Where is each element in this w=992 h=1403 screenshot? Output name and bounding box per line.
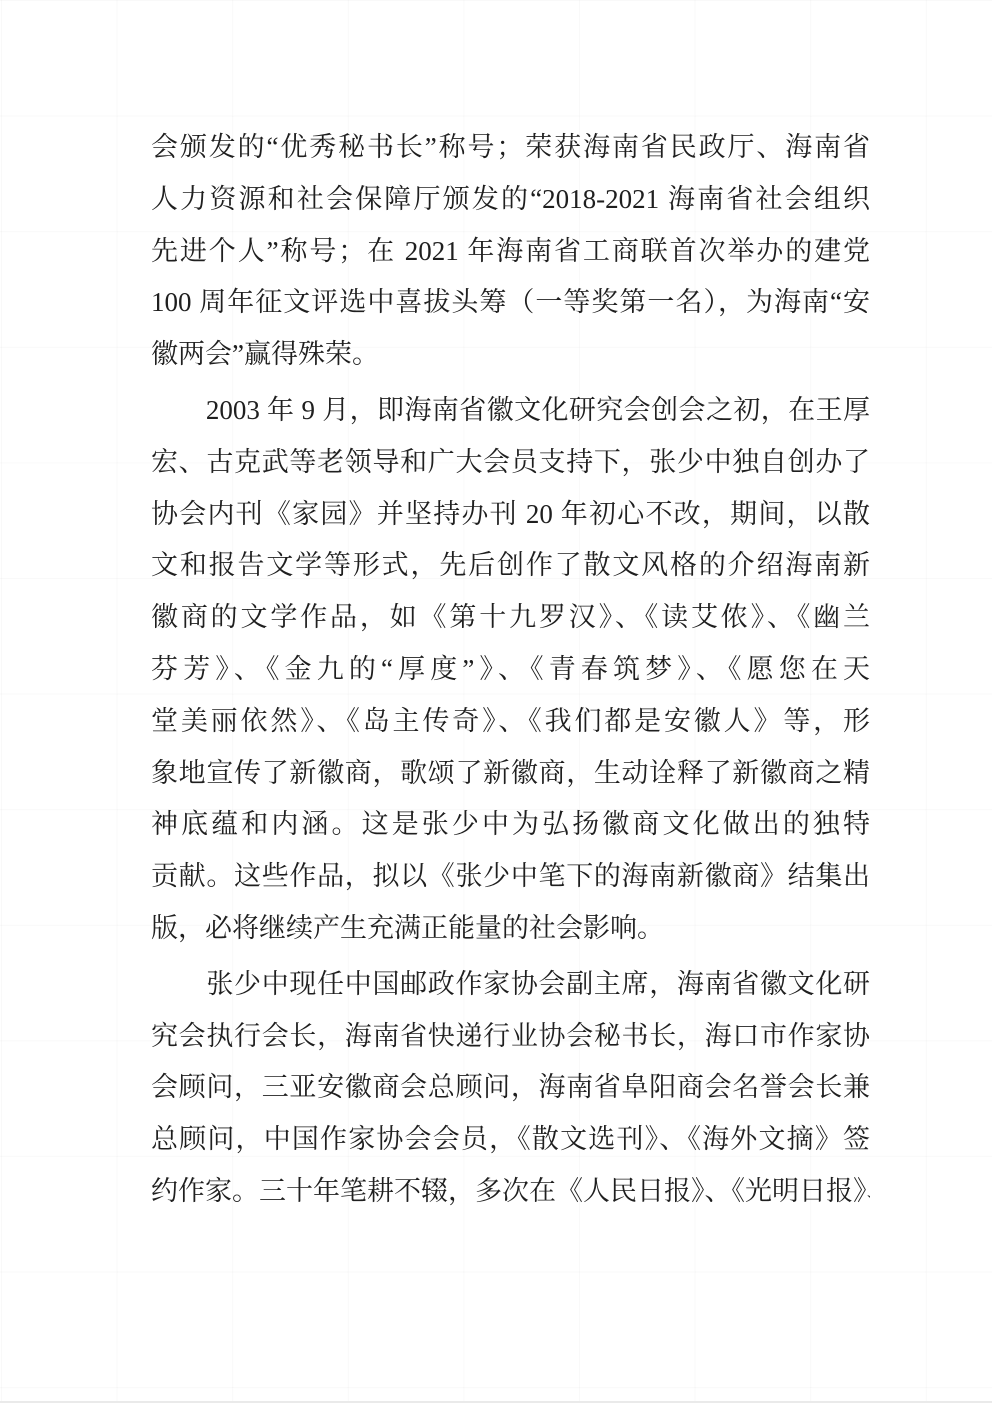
text-line: 人力资源和社会保障厅颁发的“2018-2021 海南省社会组织 xyxy=(151,174,870,226)
text-line: 文和报告文学等形式，先后创作了散文风格的介绍海南新 xyxy=(151,540,870,592)
text-line: 宏、古克武等老领导和广大会员支持下，张少中独自创办了 xyxy=(151,437,870,489)
text-line: 张少中现任中国邮政作家协会副主席，海南省徽文化研 xyxy=(151,959,870,1011)
text-line: 约作家。三十年笔耕不辍，多次在《人民日报》、《光明日报》、 xyxy=(151,1166,870,1218)
document-body-text: 会颁发的“优秀秘书长”称号；荣获海南省民政厅、海南省 人力资源和社会保障厅颁发的… xyxy=(151,122,870,1218)
text-line: 徽商的文学作品，如《第十九罗汉》、《读艾侬》、《幽兰 xyxy=(151,592,870,644)
text-line: 总顾问，中国作家协会会员，《散文选刊》、《海外文摘》签 xyxy=(151,1114,870,1166)
text-line: 会颁发的“优秀秘书长”称号；荣获海南省民政厅、海南省 xyxy=(151,122,870,174)
text-line: 会顾问，三亚安徽商会总顾问，海南省阜阳商会名誉会长兼 xyxy=(151,1062,870,1114)
text-line: 堂美丽依然》、《岛主传奇》、《我们都是安徽人》等，形 xyxy=(151,696,870,748)
text-line: 协会内刊《家园》并坚持办刊 20 年初心不改，期间，以散 xyxy=(151,489,870,541)
paragraph-2: 2003 年 9 月，即海南省徽文化研究会创会之初，在王厚 宏、古克武等老领导和… xyxy=(151,385,870,955)
paragraph-3: 张少中现任中国邮政作家协会副主席，海南省徽文化研 究会执行会长，海南省快递行业协… xyxy=(151,959,870,1218)
document-page: 会颁发的“优秀秘书长”称号；荣获海南省民政厅、海南省 人力资源和社会保障厅颁发的… xyxy=(0,0,992,1403)
paragraph-1: 会颁发的“优秀秘书长”称号；荣获海南省民政厅、海南省 人力资源和社会保障厅颁发的… xyxy=(151,122,870,381)
text-line: 版，必将继续产生充满正能量的社会影响。 xyxy=(151,903,870,955)
text-line: 贡献。这些作品，拟以《张少中笔下的海南新徽商》结集出 xyxy=(151,851,870,903)
text-line: 象地宣传了新徽商，歌颂了新徽商，生动诠释了新徽商之精 xyxy=(151,748,870,800)
text-line: 100 周年征文评选中喜拔头筹（一等奖第一名），为海南“安 xyxy=(151,277,870,329)
text-line: 先进个人”称号；在 2021 年海南省工商联首次举办的建党 xyxy=(151,226,870,278)
text-line: 究会执行会长，海南省快递行业协会秘书长，海口市作家协 xyxy=(151,1011,870,1063)
text-line: 2003 年 9 月，即海南省徽文化研究会创会之初，在王厚 xyxy=(151,385,870,437)
text-line: 芬芳》、《金九的“厚度”》、《青春筑梦》、《愿您在天 xyxy=(151,644,870,696)
text-line: 神底蕴和内涵。这是张少中为弘扬徽商文化做出的独特 xyxy=(151,799,870,851)
text-line: 徽两会”赢得殊荣。 xyxy=(151,329,870,381)
